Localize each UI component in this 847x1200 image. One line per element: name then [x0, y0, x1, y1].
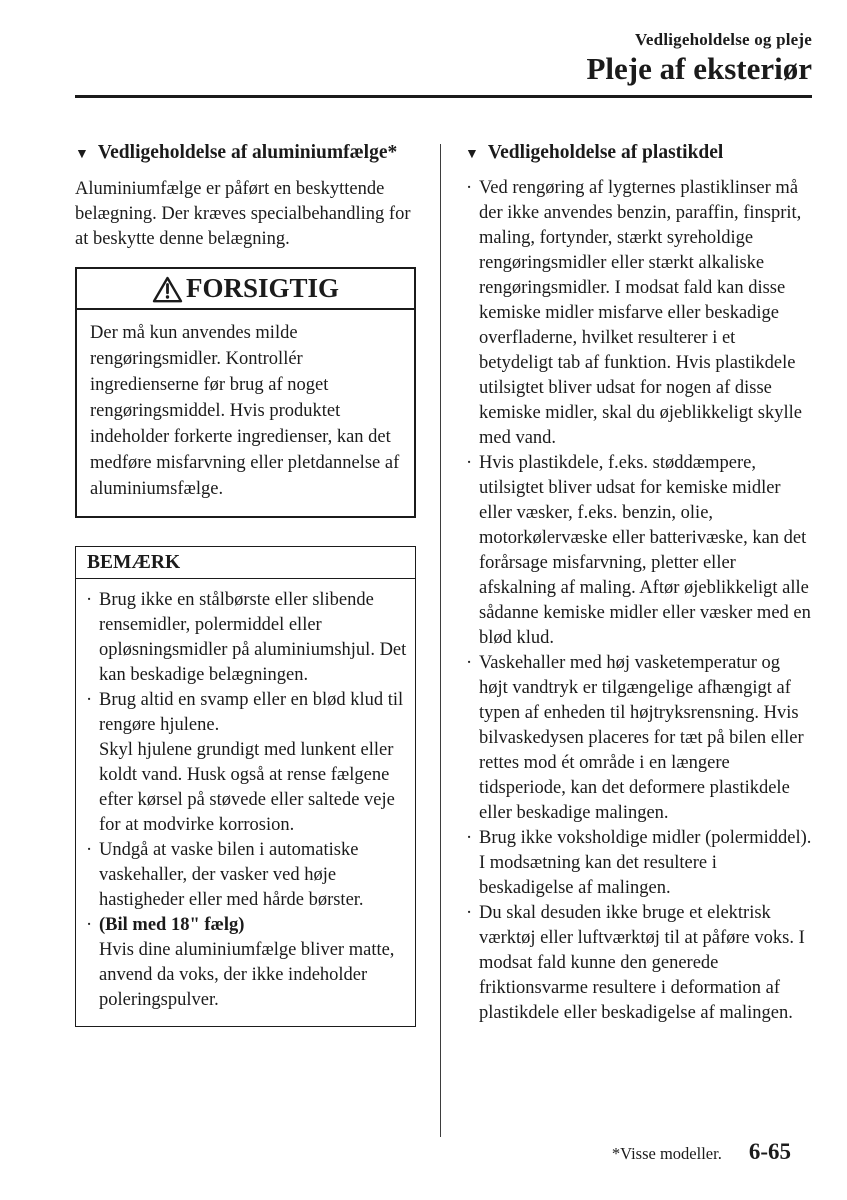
page-footer: *Visse modeller. 6-65	[612, 1139, 791, 1165]
content-columns: ▼ Vedligeholdelse af aluminiumfælge* Alu…	[75, 142, 812, 1137]
caution-box: FORSIGTIG Der må kun anvendes milde reng…	[75, 267, 416, 518]
section-marker-icon: ▼	[465, 147, 479, 163]
note-list: · Brug ikke en stålbørste eller slibende…	[76, 579, 415, 1026]
caution-title-text: FORSIGTIG	[186, 274, 339, 304]
item-text: Brug ikke voksholdige midler (polermidde…	[479, 828, 811, 898]
bullet-icon: ·	[86, 838, 92, 863]
bullet-icon: ·	[466, 451, 472, 476]
page-header: Vedligeholdelse og pleje Pleje af ekster…	[587, 30, 813, 86]
plastic-care-item: · Du skal desuden ikke bruge et elektris…	[465, 901, 812, 1026]
item-text: Hvis plastikdele, f.eks. støddæmpere, ut…	[479, 453, 811, 648]
manual-page: Vedligeholdelse og pleje Pleje af ekster…	[0, 0, 847, 1200]
bullet-icon: ·	[86, 588, 92, 613]
caution-box-title: FORSIGTIG	[77, 269, 414, 310]
intro-paragraph: Aluminiumfælge er påført en beskyttende …	[75, 177, 416, 252]
plastic-care-item: · Hvis plastikdele, f.eks. støddæmpere, …	[465, 451, 812, 651]
bullet-icon: ·	[86, 913, 92, 938]
column-divider	[440, 144, 441, 1137]
bullet-icon: ·	[466, 176, 472, 201]
warning-triangle-icon	[152, 275, 183, 304]
item-text: Du skal desuden ikke bruge et elektrisk …	[479, 903, 805, 1023]
bullet-icon: ·	[86, 688, 92, 713]
bullet-icon: ·	[466, 901, 472, 926]
note-list-item: · Brug ikke en stålbørste eller slibende…	[85, 588, 407, 688]
page-title: Pleje af eksteriør	[587, 53, 813, 86]
item-text: Vaskehaller med høj vasketemperatur og h…	[479, 653, 804, 823]
note-item-text: Brug ikke en stålbørste eller slibende r…	[99, 590, 406, 685]
section-title: Vedligeholdelse af plastikdel	[488, 142, 723, 164]
page-number: 6-65	[749, 1139, 791, 1165]
footnote: *Visse modeller.	[612, 1144, 722, 1164]
note-list-item: · (Bil med 18" fælg) Hvis dine aluminium…	[85, 913, 407, 1013]
section-heading-plastikdel: ▼ Vedligeholdelse af plastikdel	[465, 142, 812, 164]
caution-box-body: Der må kun anvendes milde rengøringsmidl…	[77, 310, 414, 516]
plastic-care-item: · Ved rengøring af lygternes plastiklins…	[465, 176, 812, 451]
header-rule	[75, 95, 812, 98]
item-text: Ved rengøring af lygternes plastiklinser…	[479, 178, 802, 448]
plastic-care-list: · Ved rengøring af lygternes plastiklins…	[465, 176, 812, 1026]
plastic-care-item: · Vaskehaller med høj vasketemperatur og…	[465, 651, 812, 826]
note-list-item: · Brug altid en svamp eller en blød klud…	[85, 688, 407, 838]
section-title: Vedligeholdelse af aluminiumfælge*	[98, 142, 397, 164]
bullet-icon: ·	[466, 651, 472, 676]
note-item-text: Undgå at vaske bilen i automatiske vaske…	[99, 840, 364, 910]
plastic-care-item: · Brug ikke voksholdige midler (polermid…	[465, 826, 812, 901]
bullet-icon: ·	[466, 826, 472, 851]
section-marker-icon: ▼	[75, 147, 89, 163]
note-box-title: BEMÆRK	[76, 547, 415, 579]
section-heading-aluminiumfaelge: ▼ Vedligeholdelse af aluminiumfælge*	[75, 142, 416, 164]
right-column: ▼ Vedligeholdelse af plastikdel · Ved re…	[465, 142, 812, 1026]
left-column: ▼ Vedligeholdelse af aluminiumfælge* Alu…	[75, 142, 416, 1027]
note-box: BEMÆRK · Brug ikke en stålbørste eller s…	[75, 546, 416, 1027]
note-list-item: · Undgå at vaske bilen i automatiske vas…	[85, 838, 407, 913]
note-item-text: Hvis dine aluminiumfælge bliver matte, a…	[99, 940, 394, 1010]
note-item-bold-lead: (Bil med 18" fælg)	[99, 913, 407, 938]
note-item-text: Brug altid en svamp eller en blød klud t…	[99, 690, 403, 835]
chapter-title: Vedligeholdelse og pleje	[587, 30, 813, 50]
